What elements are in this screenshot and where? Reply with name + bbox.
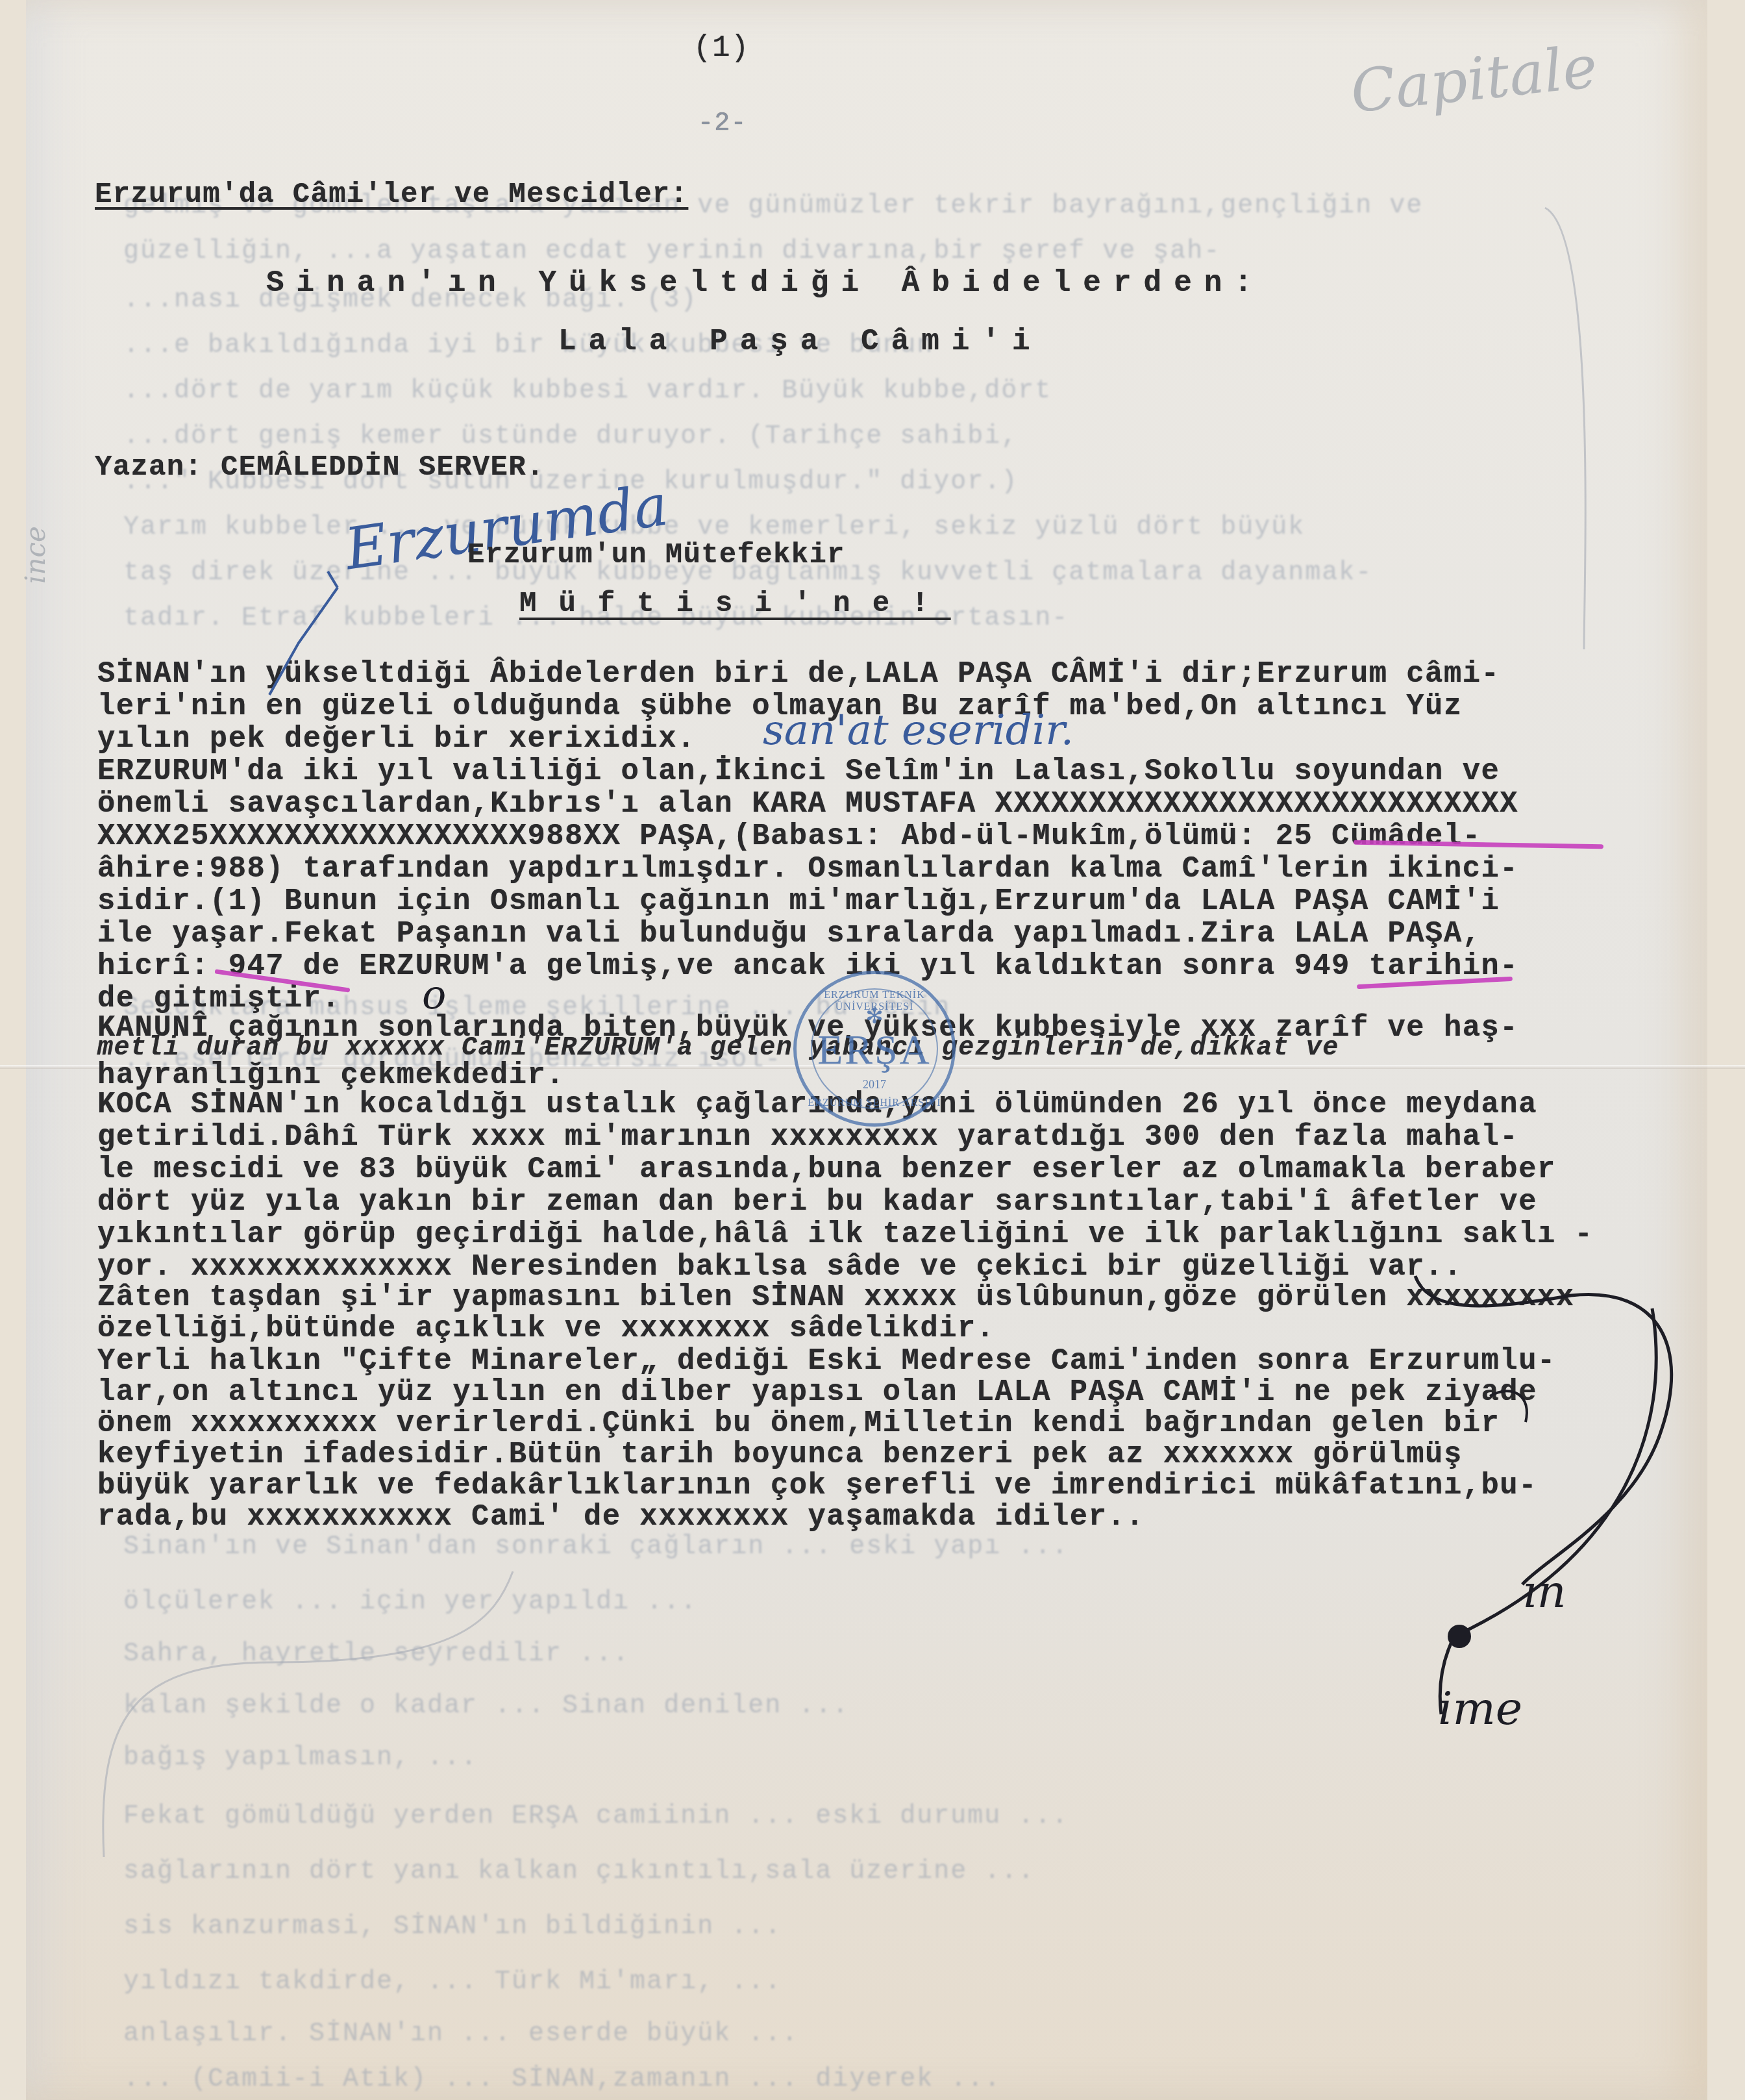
body-line: büyük yararlık ve fedakârlıklarının çok …: [97, 1469, 1537, 1503]
handwritten-mark-o: o: [422, 971, 446, 1018]
bleed-line: güzelliğin, ...a yaşatan ecdat yerinin d…: [123, 237, 1641, 266]
body-line: XXXX25XXXXXXXXXXXXXXXXX988XX PAŞA,(Babas…: [97, 819, 1481, 853]
stamp-year: 2017: [797, 1078, 952, 1092]
body-line: Yerli halkın "Çifte Minareler„ dediği Es…: [97, 1344, 1556, 1378]
body-line: yor. xxxxxxxxxxxxxx Neresinden bakılsa s…: [97, 1250, 1463, 1284]
body-line: hicrî: 947 de ERZURUM'a gelmiş,ve ancak …: [97, 949, 1518, 983]
handwritten-correction-in: ın: [1522, 1565, 1566, 1618]
dedication-line-1: Erzurum'un Mütefekkir: [467, 539, 845, 571]
body-line: SİNAN'ın yükseltdiği Âbidelerden biri de…: [97, 657, 1500, 691]
bleed-line: ...dört de yarım küçük kubbesi vardır. B…: [123, 377, 1641, 406]
bleed-line: ... (Camii-i Atik) ... SİNAN,zamanın ...…: [123, 2065, 1641, 2094]
title-line-1: Sinan'ın Yükseltdiği Âbidelerden:: [266, 266, 1265, 300]
handwritten-correction-line3: san'at eseridir.: [763, 706, 1074, 755]
body-line: ile yaşar.Fekat Paşanın vali bulunduğu s…: [97, 917, 1481, 951]
title-line-2: Lala Paşa Câmi'i: [558, 325, 1043, 358]
bleed-line: yıldızı takdirde, ... Türk Mi'marı, ...: [123, 1968, 1641, 1997]
bleed-line: sis kanzurmasi, SİNAN'ın bildiğinin ...: [123, 1912, 1641, 1942]
body-line: özelliği,bütünde açıklık ve xxxxxxxx sâd…: [97, 1312, 995, 1345]
bleed-line: kalan şekilde o kadar ... Sinan denilen …: [123, 1692, 1641, 1721]
bleed-line: Sahra, hayretle seyredilir ...: [123, 1640, 1641, 1669]
body-line: lar,on altıncı yüz yılın en dilber yapıs…: [97, 1375, 1537, 1409]
body-line: dört yüz yıla yakın bir zeman dan beri b…: [97, 1185, 1537, 1219]
stamp-main-text: ERŞA: [797, 1026, 952, 1074]
body-line: âhire:988) tarafından yapdırılmışdır. Os…: [97, 852, 1518, 886]
bleed-line: anlaşılır. SİNAN'ın ... eserde büyük ...: [123, 2019, 1641, 2049]
body-line: getirildi.Dâhî Türk xxxx mi'marının xxxx…: [97, 1120, 1518, 1154]
body-line: sidir.(1) Bunun için Osmanlı çağının mi'…: [97, 884, 1500, 918]
handwritten-correction-ime: ime: [1438, 1682, 1522, 1735]
bleed-line: ölçülerek ... için yer yapıldı ...: [123, 1588, 1641, 1617]
bleed-line: Fekat gömüldüğü yerden ERŞA camiinin ...…: [123, 1802, 1641, 1831]
dedication-line-2: Müftisi'ne!: [519, 588, 950, 620]
faint-page-mark: -2-: [698, 109, 747, 138]
body-line: yılın pek değerli bir xerixidix.: [97, 722, 696, 756]
section-heading: Erzurum'da Câmi'ler ve Mescidler:: [95, 179, 688, 211]
page-number: (1): [693, 31, 750, 65]
body-line: Zâten taşdan şi'ir yapmasını bilen SİNAN…: [97, 1281, 1575, 1314]
bleed-line: Sinan'ın ve Sinan'dan sonraki çağların .…: [123, 1532, 1641, 1562]
body-line: önem xxxxxxxxxx verirlerdi.Çünki bu önem…: [97, 1406, 1500, 1440]
bleed-line: bağış yapılmasın, ...: [123, 1744, 1641, 1773]
bleed-line: ...dört geniş kemer üstünde duruyor. (Ta…: [123, 422, 1641, 451]
author-line: Yazan: CEMÂLEDDİN SERVER.: [95, 451, 545, 484]
bleed-line: sağlarının dört yanı kalkan çıkıntılı,sa…: [123, 1857, 1641, 1886]
body-line: önemli savaşcılardan,Kıbrıs'ı alan KARA …: [97, 787, 1518, 821]
stamp-bottom-text: ERZURUM ŞEHİR ARŞİVİ: [797, 1097, 952, 1109]
body-line: keyfiyetin ifadesidir.Bütün tarih boyunc…: [97, 1438, 1463, 1471]
body-line: le mescidi ve 83 büyük Cami' arasında,bu…: [97, 1153, 1556, 1186]
pencil-note-left-margin: ince: [19, 526, 51, 584]
body-line: ERZURUM'da iki yıl valiliği olan,İkinci …: [97, 755, 1500, 788]
archive-stamp: ERZURUM TEKNİK ÜNİVERSİTESİ ✻ ERŞA 2017 …: [793, 971, 956, 1127]
body-line: rada,bu xxxxxxxxxxx Cami' de xxxxxxxx ya…: [97, 1500, 1145, 1534]
body-line: yıkıntılar görüp geçirdiği halde,hâlâ il…: [97, 1218, 1593, 1251]
